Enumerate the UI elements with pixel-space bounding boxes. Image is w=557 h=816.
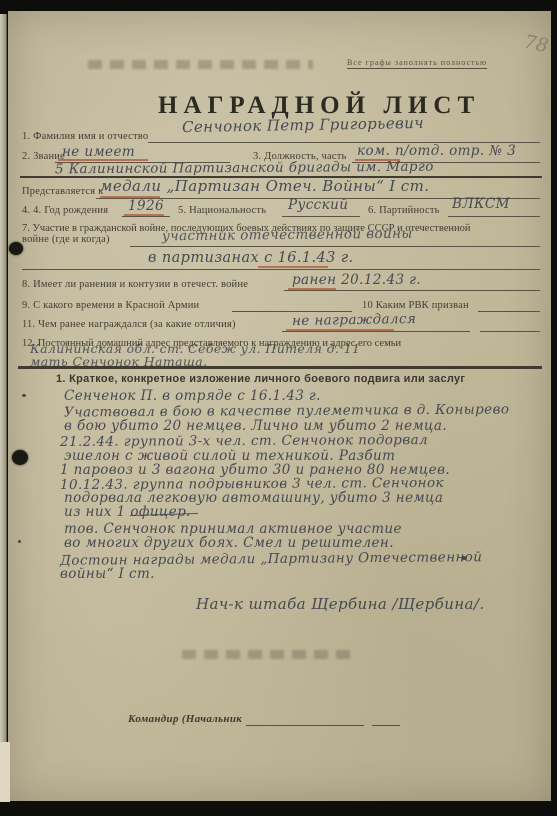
party-value: ВЛКСМ bbox=[452, 196, 510, 212]
underline bbox=[478, 311, 540, 312]
exploit-line: Сенченок П. в отряде с 16.1.43 г. bbox=[64, 388, 321, 404]
presented-value: медали „Партизан Отеч. Войны“ I ст. bbox=[100, 177, 429, 195]
rvk-label: 10 Каким РВК призван bbox=[362, 300, 469, 311]
punch-hole bbox=[9, 242, 23, 255]
punch-hole bbox=[12, 450, 28, 465]
underline bbox=[372, 725, 400, 726]
name-label: 1. Фамилия имя и отчество bbox=[22, 131, 148, 142]
page-number-pencil: 78 bbox=[522, 31, 550, 58]
participation-value2: в партизанах с 16.1.43 г. bbox=[148, 250, 354, 266]
underline bbox=[22, 269, 540, 270]
participation-value1: участник отечественной войны bbox=[162, 226, 413, 245]
awards-value: не награждался bbox=[292, 311, 417, 329]
position-value2: 5 Калининской Партизанской бригады им. М… bbox=[55, 159, 434, 178]
paper-speck bbox=[462, 556, 466, 560]
scanned-award-sheet: Все графы заполнять полностью 78 НАГРАДН… bbox=[0, 0, 557, 816]
party-label: 6. Партийность bbox=[368, 205, 440, 216]
wounds-value: ранен 20.12.43 г. bbox=[292, 272, 421, 288]
red-underline-partisan-date bbox=[258, 266, 328, 268]
underline bbox=[282, 216, 360, 217]
underline bbox=[480, 331, 540, 332]
awards-label: 11. Чем ранее награждался (за какие отли… bbox=[22, 319, 236, 330]
underline bbox=[284, 290, 540, 291]
underline bbox=[130, 246, 540, 247]
red-army-label: 9. С какого времени в Красной Армии bbox=[22, 300, 199, 311]
wounds-label: 8. Имеет ли ранения и контузии в отечест… bbox=[22, 279, 248, 290]
scan-edge bbox=[552, 0, 557, 816]
underline bbox=[246, 725, 364, 726]
exploit-line: во многих других боях. Смел и решителен. bbox=[64, 535, 394, 551]
heavy-rule bbox=[18, 366, 542, 369]
exploit-line: из них 1 офицер. bbox=[64, 504, 191, 520]
ink-bleed-smudge-bottom bbox=[182, 650, 352, 659]
exploit-heading: 1. Краткое, конкретное изложение личного… bbox=[56, 373, 465, 385]
paper-speck bbox=[22, 394, 26, 397]
nationality-label: 5. Национальность bbox=[178, 205, 266, 216]
page-curl-edge bbox=[0, 14, 7, 801]
rank-value: не имеет bbox=[62, 144, 135, 160]
underline bbox=[282, 331, 470, 332]
presented-label: Представляется к bbox=[22, 186, 103, 197]
paper-speck bbox=[18, 540, 21, 543]
underline bbox=[122, 216, 170, 217]
nationality-value: Русский bbox=[288, 197, 348, 213]
exploit-line: войны“ I ст. bbox=[60, 566, 155, 582]
commander-label: Командир (Начальник bbox=[128, 713, 242, 725]
position-value: ком. п/отд. отр. № 3 bbox=[357, 143, 516, 159]
underline bbox=[448, 216, 540, 217]
participation-label-line2: войне (где и когда) bbox=[22, 234, 110, 245]
page-curl-bottom bbox=[0, 742, 10, 802]
chief-of-staff-signature: Нач-к штаба Щербина /Щербина/. bbox=[196, 595, 485, 613]
birth-year-label: 4. 4. Год рождения bbox=[22, 205, 108, 216]
birth-year-value: 1926 bbox=[128, 198, 164, 214]
fill-note: Все графы заполнять полностью bbox=[347, 58, 487, 69]
ink-bleed-smudge-top bbox=[88, 60, 313, 69]
